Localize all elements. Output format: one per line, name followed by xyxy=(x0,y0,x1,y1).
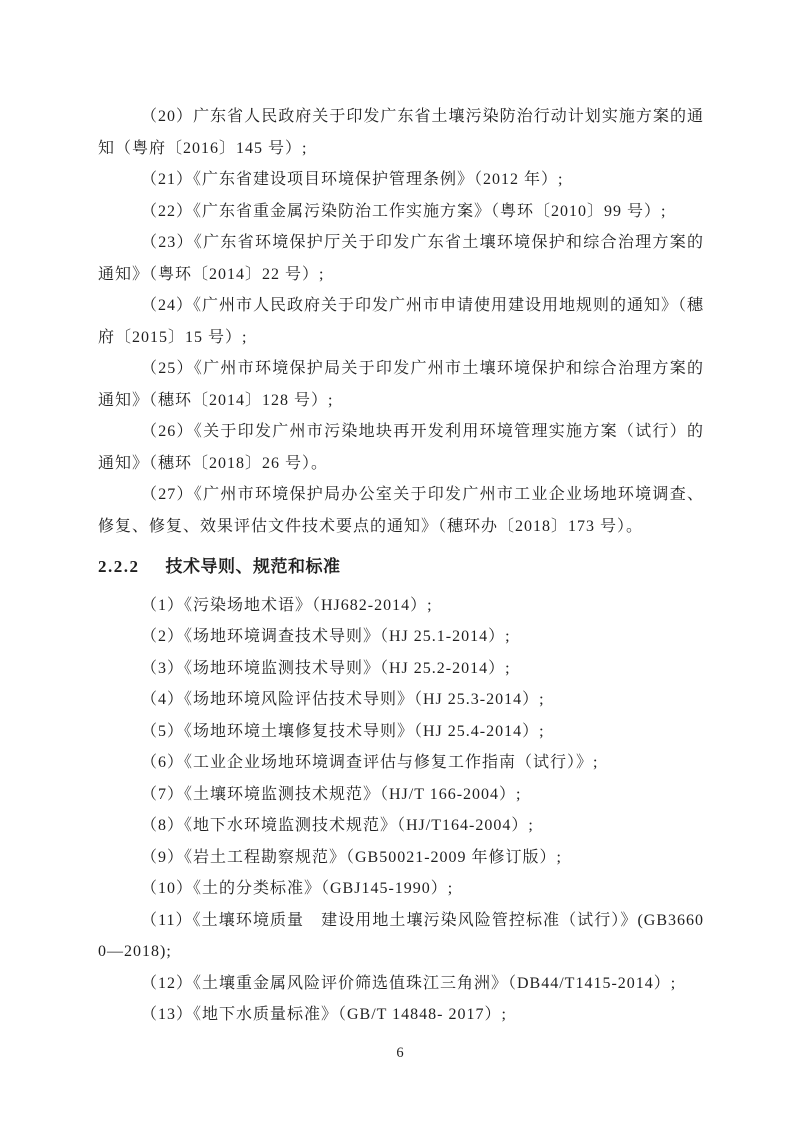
regulatory-item-21: （21）《广东省建设项目环境保护管理条例》（2012 年）; xyxy=(98,164,704,196)
section-heading-number: 2.2.2 xyxy=(98,557,140,576)
regulatory-item-20: （20）广东省人民政府关于印发广东省土壤污染防治行动计划实施方案的通知（粤府〔2… xyxy=(98,101,704,164)
standard-item-3: （3）《场地环境监测技术导则》（HJ 25.2-2014）; xyxy=(98,653,704,685)
section-heading: 2.2.2技术导则、规范和标准 xyxy=(98,551,704,583)
regulatory-item-24: （24）《广州市人民政府关于印发广州市申请使用建设用地规则的通知》（穗府〔201… xyxy=(98,290,704,353)
regulatory-item-27: （27）《广州市环境保护局办公室关于印发广州市工业企业场地环境调查、修复、修复、… xyxy=(98,479,704,542)
standard-item-12: （12）《土壤重金属风险评价筛选值珠江三角洲》（DB44/T1415-2014）… xyxy=(98,968,704,1000)
section-heading-title: 技术导则、规范和标准 xyxy=(166,557,341,576)
regulatory-item-25: （25）《广州市环境保护局关于印发广州市土壤环境保护和综合治理方案的通知》（穗环… xyxy=(98,353,704,416)
standard-item-8: （8）《地下水环境监测技术规范》（HJ/T164-2004）; xyxy=(98,810,704,842)
standard-item-1: （1）《污染场地术语》（HJ682-2014）; xyxy=(98,590,704,622)
standard-item-13: （13）《地下水质量标准》（GB/T 14848- 2017）; xyxy=(98,999,704,1031)
standard-item-2: （2）《场地环境调查技术导则》（HJ 25.1-2014）; xyxy=(98,621,704,653)
standard-item-7: （7）《土壤环境监测技术规范》（HJ/T 166-2004）; xyxy=(98,779,704,811)
regulatory-item-23: （23）《广东省环境保护厅关于印发广东省土壤环境保护和综合治理方案的通知》（粤环… xyxy=(98,227,704,290)
document-content: （20）广东省人民政府关于印发广东省土壤污染防治行动计划实施方案的通知（粤府〔2… xyxy=(98,101,704,1031)
regulatory-item-22: （22）《广东省重金属污染防治工作实施方案》（粤环〔2010〕99 号）; xyxy=(98,196,704,228)
standard-item-10: （10）《土的分类标准》（GBJ145-1990）; xyxy=(98,873,704,905)
page-number: 6 xyxy=(0,1044,800,1062)
document-page: （20）广东省人民政府关于印发广东省土壤污染防治行动计划实施方案的通知（粤府〔2… xyxy=(0,0,800,1131)
standard-item-11: （11）《土壤环境质量 建设用地土壤污染风险管控标准（试行）》(GB36600—… xyxy=(98,905,704,968)
standard-item-9: （9）《岩土工程勘察规范》（GB50021-2009 年修订版）; xyxy=(98,842,704,874)
regulatory-item-26: （26）《关于印发广州市污染地块再开发利用环境管理实施方案（试行）的通知》（穗环… xyxy=(98,416,704,479)
standard-item-4: （4）《场地环境风险评估技术导则》（HJ 25.3-2014）; xyxy=(98,684,704,716)
standard-item-5: （5）《场地环境土壤修复技术导则》（HJ 25.4-2014）; xyxy=(98,716,704,748)
standard-item-6: （6）《工业企业场地环境调查评估与修复工作指南（试行）》; xyxy=(98,747,704,779)
